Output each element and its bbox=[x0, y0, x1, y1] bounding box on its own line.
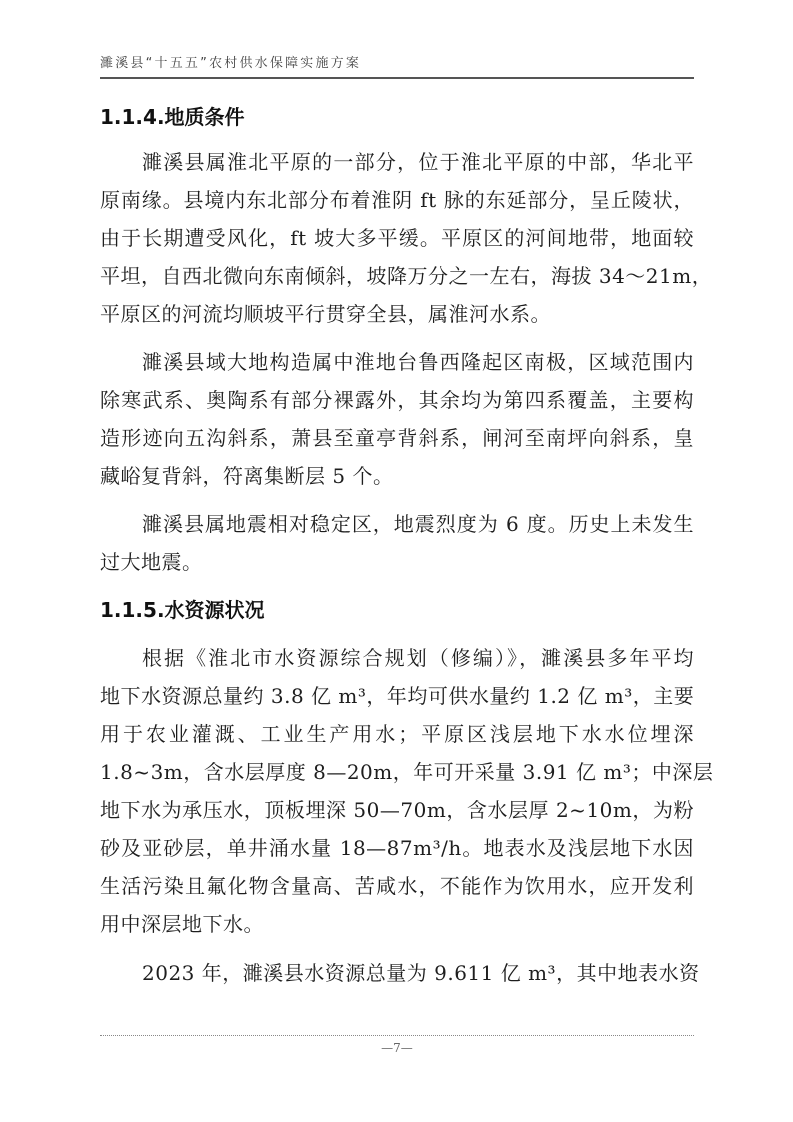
text-line: 过大地震。 bbox=[100, 543, 694, 581]
text-line: 平原区的河流均顺坡平行贯穿全县，属淮河水系。 bbox=[100, 295, 694, 333]
text-line: 用中深层地下水。 bbox=[100, 905, 694, 943]
text-line: 濉溪县属淮北平原的一部分，位于淮北平原的中部，华北平 bbox=[100, 143, 694, 181]
text-line: 地下水资源总量约 3.8 亿 m³，年均可供水量约 1.2 亿 m³，主要 bbox=[100, 677, 694, 715]
text-line: 除寒武系、奥陶系有部分裸露外，其余均为第四系覆盖，主要构 bbox=[100, 381, 694, 419]
document-title: 濉溪县“十五五”农村供水保障实施方案 bbox=[100, 55, 694, 73]
text-line: 生活污染且氟化物含量高、苦咸水，不能作为饮用水，应开发利 bbox=[100, 867, 694, 905]
page-number: —7— bbox=[100, 1041, 694, 1055]
text-line: 濉溪县属地震相对稳定区，地震烈度为 6 度。历史上未发生 bbox=[100, 505, 694, 543]
paragraph-geology-terrain: 濉溪县属淮北平原的一部分，位于淮北平原的中部，华北平 原南缘。县境内东北部分布着… bbox=[100, 143, 694, 333]
text-line: 1.8~3m，含水层厚度 8—20m，年可开采量 3.91 亿 m³；中深层 bbox=[100, 753, 694, 791]
text-line: 用于农业灌溉、工业生产用水；平原区浅层地下水水位埋深 bbox=[100, 715, 694, 753]
text-line: 2023 年，濉溪县水资源总量为 9.611 亿 m³，其中地表水资 bbox=[100, 954, 694, 992]
text-line: 地下水为承压水，顶板埋深 50—70m，含水层厚 2~10m，为粉 bbox=[100, 791, 694, 829]
text-line: 原南缘。县境内东北部分布着淮阴 ft 脉的东延部分，呈丘陵状， bbox=[100, 181, 694, 219]
paragraph-groundwater: 根据《淮北市水资源综合规划（修编）》，濉溪县多年平均 地下水资源总量约 3.8 … bbox=[100, 639, 694, 943]
paragraph-geology-structure: 濉溪县域大地构造属中淮地台鲁西隆起区南极，区域范围内 除寒武系、奥陶系有部分裸露… bbox=[100, 343, 694, 495]
text-line: 根据《淮北市水资源综合规划（修编）》，濉溪县多年平均 bbox=[100, 639, 694, 677]
paragraph-water-total-2023: 2023 年，濉溪县水资源总量为 9.611 亿 m³，其中地表水资 bbox=[100, 954, 694, 992]
text-line: 藏峪复背斜，符离集断层 5 个。 bbox=[100, 457, 694, 495]
text-line: 由于长期遭受风化，ft 坡大多平缓。平原区的河间地带，地面较 bbox=[100, 219, 694, 257]
footer-divider bbox=[100, 1035, 694, 1036]
text-line: 砂及亚砂层，单井涌水量 18—87m³/h。地表水及浅层地下水因 bbox=[100, 829, 694, 867]
section-heading-water-resources: 1.1.5.水资源状况 bbox=[100, 597, 265, 623]
text-line: 濉溪县域大地构造属中淮地台鲁西隆起区南极，区域范围内 bbox=[100, 343, 694, 381]
page-header: 濉溪县“十五五”农村供水保障实施方案 bbox=[100, 55, 694, 79]
section-heading-geology: 1.1.4.地质条件 bbox=[100, 104, 245, 130]
text-line: 平坦，自西北微向东南倾斜，坡降万分之一左右，海拔 34～21m， bbox=[100, 257, 694, 295]
text-line: 造形迹向五沟斜系，萧县至童亭背斜系，闸河至南坪向斜系，皇 bbox=[100, 419, 694, 457]
paragraph-geology-seismic: 濉溪县属地震相对稳定区，地震烈度为 6 度。历史上未发生 过大地震。 bbox=[100, 505, 694, 581]
